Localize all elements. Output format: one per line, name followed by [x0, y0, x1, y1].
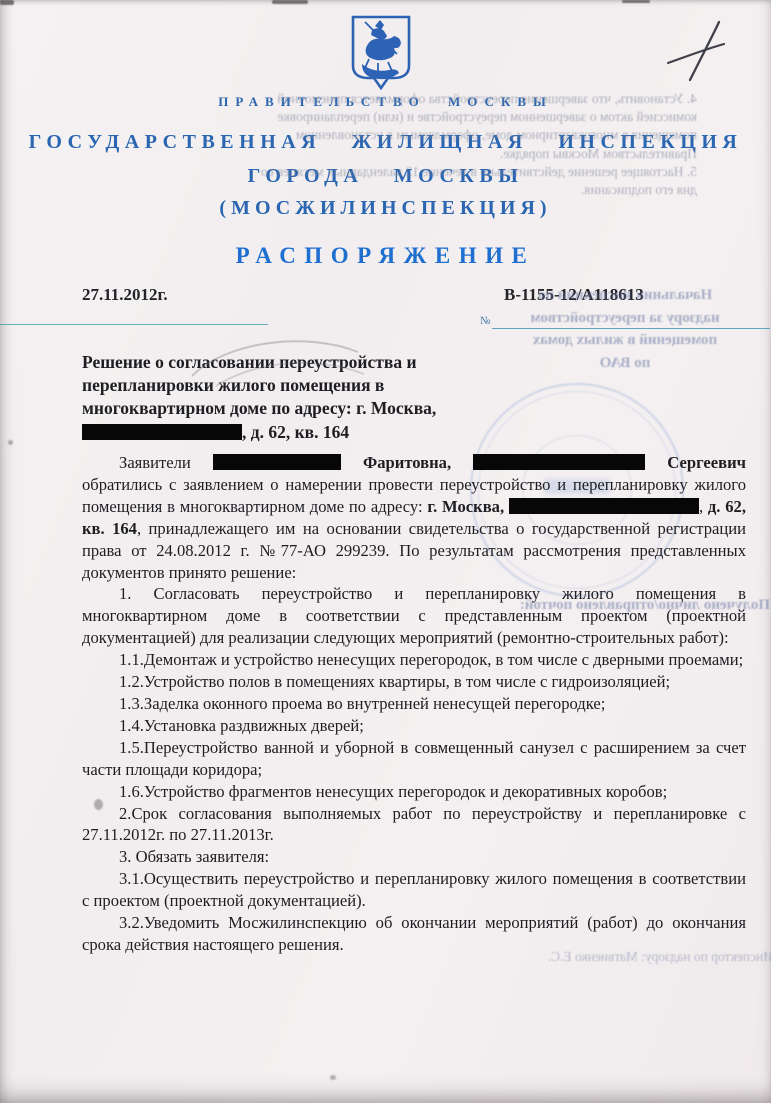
body-paragraph: 1.1.Демонтаж и устройство ненесущих пере… — [82, 649, 746, 671]
moscow-emblem-icon — [345, 14, 417, 92]
scan-artifact — [272, 0, 308, 4]
doc-date: 27.11.2012г. — [82, 285, 168, 305]
bleedthrough-clause-text: 4. Установить, что завершение переустрой… — [175, 90, 697, 199]
scan-artifact — [622, 0, 650, 3]
doc-type-title: РАСПОРЯЖЕНИЕ — [0, 243, 771, 269]
scan-artifact — [330, 1075, 336, 1080]
redaction-bar — [473, 454, 645, 470]
org-name-line3: (МОСЖИЛИНСПЕКЦИЯ) — [0, 197, 771, 220]
scan-artifact — [0, 0, 14, 5]
body-paragraph: 3.1.Осуществить переустройство и перепла… — [82, 868, 746, 912]
body-paragraph: 2.Срок согласования выполняемых работ по… — [82, 803, 746, 847]
redaction-bar — [82, 424, 242, 440]
scanned-document-page: 4. Установить, что завершение переустрой… — [0, 0, 771, 1103]
body-paragraph: 3.2.Уведомить Мосжилинспекцию об окончан… — [82, 912, 746, 956]
bleedthrough-office-text: Начальник инспекции понадзору за переуст… — [475, 284, 771, 374]
scan-artifact — [94, 799, 103, 810]
redaction-bar — [509, 498, 699, 514]
handwritten-pen-mark — [655, 16, 745, 88]
body-paragraph: 3. Обязать заявителя: — [82, 846, 746, 868]
date-rule — [0, 324, 268, 325]
body-paragraph: 1.2.Устройство полов в помещениях кварти… — [82, 671, 746, 693]
redaction-bar — [213, 454, 341, 470]
body-text: Заявители Фаритовна, Сергеевич обратилис… — [82, 452, 746, 956]
body-paragraph: 1.4.Установка раздвижных дверей; — [82, 715, 746, 737]
bleedthrough-signature-squiggle — [186, 328, 371, 398]
body-paragraph: 1.5.Переустройство ванной и уборной в со… — [82, 737, 746, 781]
scan-artifact — [8, 440, 13, 445]
body-paragraph: 1.6.Устройство фрагментов ненесущих пере… — [82, 781, 746, 803]
body-paragraph: 1.3.Заделка оконного проема во внутренне… — [82, 693, 746, 715]
body-paragraph: Заявители Фаритовна, Сергеевич обратилис… — [82, 452, 746, 583]
body-paragraph: 1. Согласовать переустройство и переплан… — [82, 583, 746, 649]
